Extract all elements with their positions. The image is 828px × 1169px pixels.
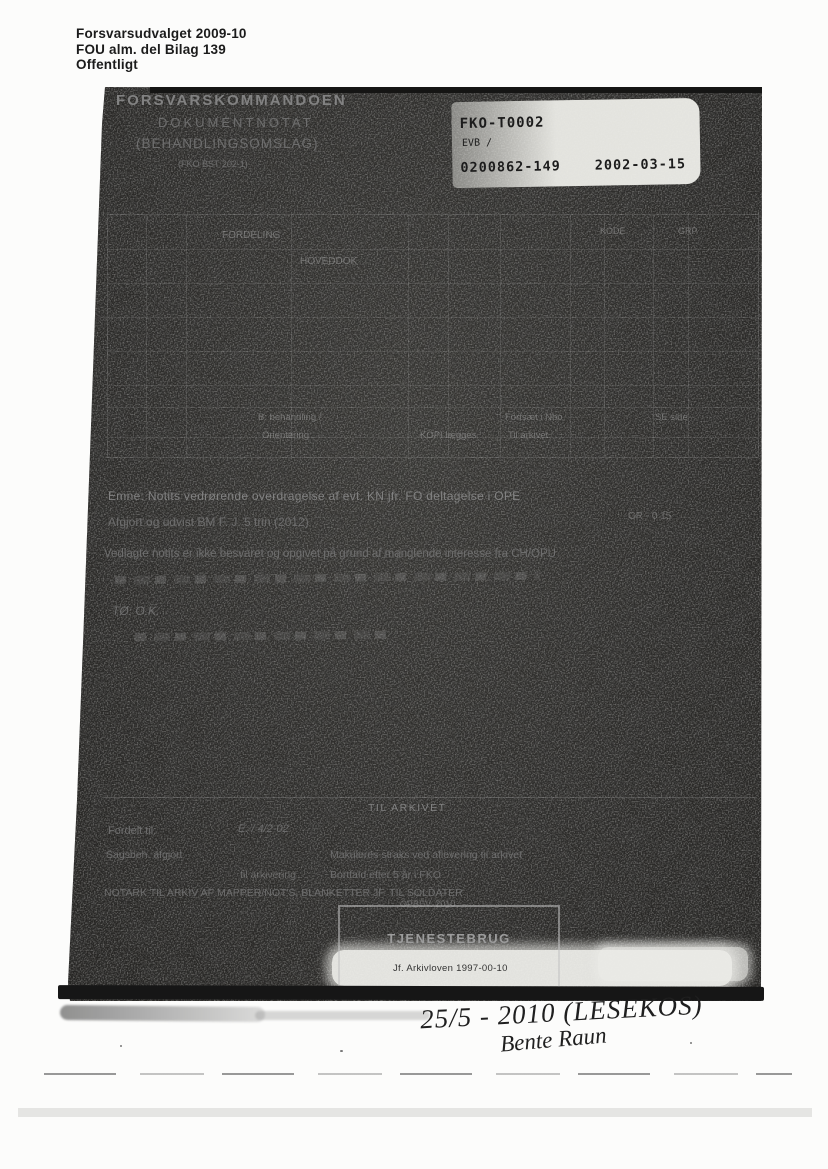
table-row-fragment: Til arkivet (508, 430, 548, 441)
table-row-fragment: Fortsæt i Nbo (505, 412, 563, 423)
letterhead-org: FORSVARSKOMMANDOEN (116, 92, 347, 109)
to-line: TØ: O.K. (112, 604, 159, 618)
table-grid-line (186, 215, 187, 457)
archive-arkivering: til arkivering (240, 869, 296, 881)
publicity-status: Offentligt (76, 57, 247, 73)
toner-smudge (255, 1011, 430, 1020)
journal-case-number: 0200862-149 (460, 158, 561, 176)
scan-artifact-band (18, 1108, 812, 1117)
archive-makuleres: Makuleres straks ved aflevering til arki… (330, 849, 522, 861)
table-grid-line (604, 215, 605, 457)
table-row-fragment: KOPI lægges (420, 430, 477, 441)
table-row-fragment: SE side (655, 412, 688, 423)
archive-bortfald: Bortfald efter 5 år i FKO (330, 869, 441, 881)
service-stamp-title: TJENESTEBRUG (340, 931, 558, 946)
table-grid-line (500, 215, 501, 457)
case-note-line: Afgjort og udvist BM F. J. 5 trin (2012) (108, 515, 309, 529)
table-row-fragment: B: behandling / (258, 412, 321, 423)
journal-stamp: FKO-T0002 EVB / 0200862-1492002-03-15 (451, 98, 700, 188)
table-header-fragment: KODE (600, 226, 626, 236)
letterhead-subtitle: (BEHANDLINGSOMSLAG) (136, 136, 319, 151)
table-header-fragment: FORDELING (222, 230, 280, 241)
scan-speck (340, 1050, 343, 1052)
service-stamp-ref: Jf. Arkivloven 1997-00-10 (393, 963, 508, 974)
table-grid-line (688, 215, 689, 457)
table-grid-line (108, 317, 758, 318)
letterhead-form-ref: (FKO BST 202-1) (178, 159, 248, 169)
toner-smudge (60, 1005, 265, 1022)
journal-case-row: 0200862-1492002-03-15 (460, 156, 686, 176)
case-note-right-fragment: GR - 0 15 (628, 511, 671, 522)
table-grid-line (108, 283, 758, 284)
table-header-fragment: HOVEDDOK (300, 256, 357, 267)
table-grid-line (108, 249, 758, 250)
archive-heading: TIL ARKIVET (368, 802, 447, 814)
archive-sagsbeh: Sagsbeh. afgjort (106, 849, 182, 861)
table-grid-line (448, 215, 449, 457)
archive-fordelt-label: Fordelt til: (108, 825, 156, 837)
archive-notark-line: NOTARK TIL ARKIV AF MAPPER/NOT'S, BLANKE… (104, 887, 463, 899)
archive-fordelt-value: E. / 4/2-02 (238, 823, 289, 835)
table-grid-line (570, 215, 571, 457)
table-grid-line (108, 351, 758, 352)
scan-speck (120, 1045, 122, 1047)
archive-section-rule (104, 797, 757, 798)
table-grid-line (408, 215, 409, 457)
journal-dept: EVB / (462, 137, 492, 149)
remark-line: Vedlagte notits er ikke besvaret og opgi… (104, 548, 556, 560)
table-row-fragment: Orientering (262, 430, 309, 441)
white-patch (598, 947, 748, 981)
broken-rule-line (44, 1073, 792, 1075)
letterhead-doc-type: DOKUMENTNOTAT (158, 115, 314, 130)
service-stamp-box: TJENESTEBRUG (338, 905, 560, 989)
table-header-fragment: GRP (678, 226, 698, 236)
scan-speck (690, 1042, 692, 1044)
table-grid-line (108, 407, 758, 408)
table-grid-line (146, 215, 147, 457)
committee-header: Forsvarsudvalget 2009-10 FOU alm. del Bi… (76, 26, 247, 73)
subject-line: Emne: Notits vedrørende overdragelse af … (108, 489, 520, 503)
journal-date: 2002-03-15 (595, 156, 687, 174)
table-grid-line (108, 385, 758, 386)
scanned-document-page: Forsvarsudvalget 2009-10 FOU alm. del Bi… (0, 0, 828, 1169)
committee-name: Forsvarsudvalget 2009-10 (76, 26, 247, 42)
table-grid-line (653, 215, 654, 457)
case-reference: FOU alm. del Bilag 139 (76, 42, 247, 58)
journal-doc-id: FKO-T0002 (460, 115, 545, 132)
